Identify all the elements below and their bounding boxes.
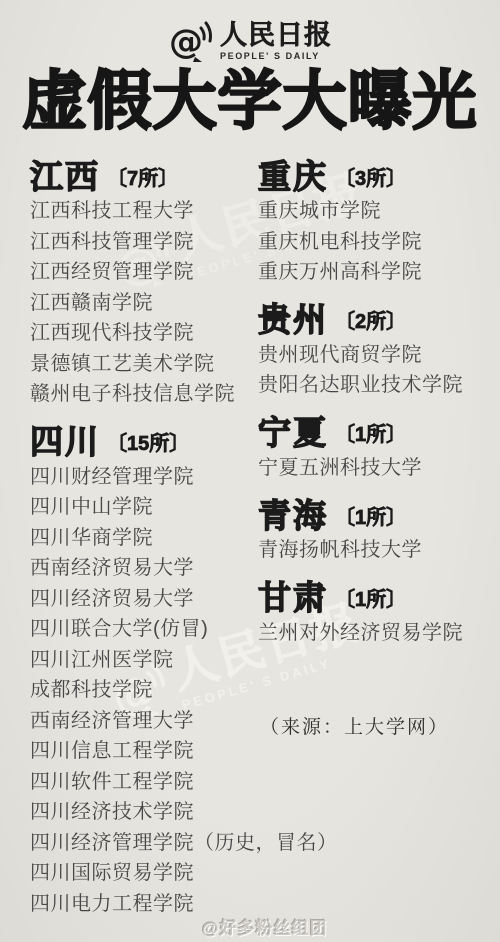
province-header: 甘肃 〔1所〕 — [258, 574, 490, 618]
province-section: 四川 〔15所〕 四川财经管理学院四川中山学院四川华商学院西南经济贸易大学四川经… — [30, 418, 246, 920]
school-list: 江西科技工程大学江西科技管理学院江西经贸管理学院江西赣南学院江西现代科技学院景德… — [30, 196, 246, 410]
province-section: 江西 〔7所〕 江西科技工程大学江西科技管理学院江西经贸管理学院江西赣南学院江西… — [30, 152, 246, 410]
logo-name-cn: 人民日报 — [220, 22, 332, 49]
school-item: 景德镇工艺美术学院 — [30, 349, 246, 380]
school-list: 宁夏五洲科技大学 — [258, 453, 490, 484]
school-item: 四川中山学院 — [30, 492, 246, 523]
column-right: 重庆 〔3所〕 重庆城市学院重庆机电科技学院重庆万州高科学院 贵州 〔2所〕 贵… — [258, 152, 490, 648]
province-name: 贵州 — [258, 294, 328, 341]
school-item: 四川华商学院 — [30, 523, 246, 554]
province-header: 宁夏 〔1所〕 — [258, 409, 490, 453]
school-item: 重庆万州高科学院 — [258, 257, 490, 288]
column-left: 江西 〔7所〕 江西科技工程大学江西科技管理学院江西经贸管理学院江西赣南学院江西… — [30, 152, 246, 919]
school-item: 四川信息工程学院 — [30, 736, 246, 767]
province-count: 〔1所〕 — [335, 497, 406, 530]
fake-universities-poster: @ 人民日报 PEOPLE' S DAILY @ 人民日报 PEOPLE' S … — [0, 0, 500, 942]
province-section: 甘肃 〔1所〕 兰州对外经济贸易学院 — [258, 574, 490, 649]
school-item: 四川经济管理学院（历史，冒名） — [30, 828, 246, 859]
school-item: 赣州电子科技信息学院 — [30, 379, 246, 410]
school-item: 西南经济贸易大学 — [30, 553, 246, 584]
school-item: 江西赣南学院 — [30, 288, 246, 319]
province-header: 重庆 〔3所〕 — [258, 152, 490, 196]
province-name: 江西 — [30, 151, 100, 198]
school-list: 四川财经管理学院四川中山学院四川华商学院西南经济贸易大学四川经济贸易大学四川联合… — [30, 462, 246, 920]
school-item: 贵阳名达职业技术学院 — [258, 370, 490, 401]
school-item: 四川软件工程学院 — [30, 767, 246, 798]
school-item: 四川国际贸易学院 — [30, 858, 246, 889]
school-list: 青海扬帆科技大学 — [258, 535, 490, 566]
school-item: 江西经贸管理学院 — [30, 257, 246, 288]
svg-text:@: @ — [169, 22, 203, 62]
school-item: 贵州现代商贸学院 — [258, 340, 490, 371]
province-count: 〔1所〕 — [335, 579, 406, 612]
school-item: 四川经济贸易大学 — [30, 584, 246, 615]
province-name: 重庆 — [258, 151, 328, 198]
province-name: 青海 — [258, 490, 328, 537]
page-title: 虚假大学大曝光 — [0, 58, 500, 144]
province-count: 〔2所〕 — [335, 301, 406, 334]
province-header: 贵州 〔2所〕 — [258, 296, 490, 340]
school-item: 成都科技学院 — [30, 675, 246, 706]
school-item: 宁夏五洲科技大学 — [258, 453, 490, 484]
school-item: 江西现代科技学院 — [30, 318, 246, 349]
school-item: 四川联合大学(仿冒) — [30, 614, 246, 645]
school-list: 兰州对外经济贸易学院 — [258, 618, 490, 649]
province-name: 宁夏 — [258, 407, 328, 454]
province-count: 〔15所〕 — [107, 423, 189, 456]
school-item: 江西科技工程大学 — [30, 196, 246, 227]
province-name: 四川 — [30, 416, 100, 463]
province-header: 四川 〔15所〕 — [30, 418, 246, 462]
province-section: 贵州 〔2所〕 贵州现代商贸学院贵阳名达职业技术学院 — [258, 296, 490, 401]
province-count: 〔7所〕 — [107, 158, 178, 191]
school-item: 江西科技管理学院 — [30, 227, 246, 258]
school-item: 四川经济技术学院 — [30, 797, 246, 828]
school-list: 贵州现代商贸学院贵阳名达职业技术学院 — [258, 340, 490, 401]
province-name: 甘肃 — [258, 572, 328, 619]
school-item: 青海扬帆科技大学 — [258, 535, 490, 566]
school-list: 重庆城市学院重庆机电科技学院重庆万州高科学院 — [258, 196, 490, 288]
school-item: 西南经济管理大学 — [30, 706, 246, 737]
school-item: 重庆机电科技学院 — [258, 227, 490, 258]
school-item: 重庆城市学院 — [258, 196, 490, 227]
province-section: 宁夏 〔1所〕 宁夏五洲科技大学 — [258, 409, 490, 484]
province-count: 〔1所〕 — [335, 414, 406, 447]
province-count: 〔3所〕 — [335, 158, 406, 191]
school-item: 四川财经管理学院 — [30, 462, 246, 493]
credit-watermark: @好多粉丝组团 — [202, 914, 328, 939]
logo-text: 人民日报 PEOPLE' S DAILY — [220, 22, 332, 61]
province-header: 江西 〔7所〕 — [30, 152, 246, 196]
school-item: 兰州对外经济贸易学院 — [258, 618, 490, 649]
province-section: 青海 〔1所〕 青海扬帆科技大学 — [258, 491, 490, 566]
source-note: （来源：上大学网） — [260, 712, 449, 739]
province-section: 重庆 〔3所〕 重庆城市学院重庆机电科技学院重庆万州高科学院 — [258, 152, 490, 288]
province-header: 青海 〔1所〕 — [258, 491, 490, 535]
school-item: 四川江州医学院 — [30, 645, 246, 676]
